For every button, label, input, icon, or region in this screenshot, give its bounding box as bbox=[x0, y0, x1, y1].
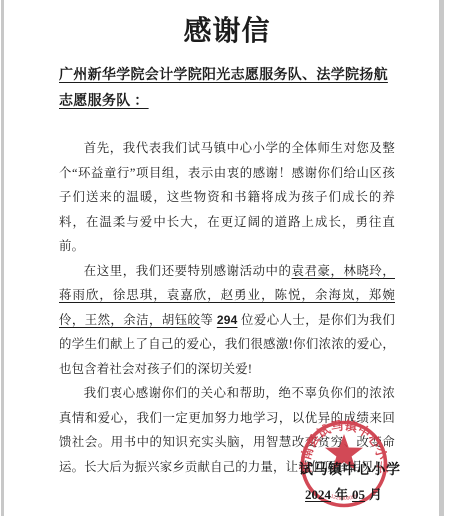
scan-edge-right bbox=[439, 0, 444, 516]
date-year-label: 年 bbox=[334, 487, 349, 502]
donor-count: 294 bbox=[217, 313, 238, 327]
paragraph-2-connector: 等 bbox=[200, 313, 216, 327]
salutation: 广州新华学院会计学院阳光志愿服务队、法学院扬航 志愿服务队 ： bbox=[59, 63, 395, 115]
salutation-line-2: 志愿服务队 ： bbox=[59, 89, 395, 115]
date-month-value: 05 bbox=[349, 487, 368, 502]
paragraph-2: 在这里，我们还要特别感谢活动中的袁君豪，林晓玲，蒋雨欣，徐思琪，袁嘉欣，赵勇业，… bbox=[59, 259, 395, 382]
date-year-value: 2024 bbox=[302, 487, 334, 502]
letter-title: 感谢信 bbox=[59, 9, 395, 49]
signature-date: 2024年05月 bbox=[302, 484, 383, 503]
salutation-line-1: 广州新华学院会计学院阳光志愿服务队、法学院扬航 bbox=[59, 63, 395, 89]
date-month-label: 月 bbox=[368, 487, 383, 502]
signature-school-name: 试马镇中心小学 bbox=[299, 459, 401, 479]
scan-edge-left bbox=[1, 0, 4, 516]
letter-content: 感谢信 广州新华学院会计学院阳光志愿服务队、法学院扬航 志愿服务队 ： 首先，我… bbox=[59, 0, 395, 479]
scanned-letter-page: 感谢信 广州新华学院会计学院阳光志愿服务队、法学院扬航 志愿服务队 ： 首先，我… bbox=[0, 0, 455, 516]
paragraph-1-text: 首先，我代表我们试马镇中心小学的全体师生对您及整个“环益童行”项目组，表示由衷的… bbox=[59, 141, 395, 253]
paragraph-1: 首先，我代表我们试马镇中心小学的全体师生对您及整个“环益童行”项目组，表示由衷的… bbox=[59, 136, 395, 259]
paragraph-2-intro: 在这里，我们还要特别感谢活动中的 bbox=[84, 264, 292, 278]
